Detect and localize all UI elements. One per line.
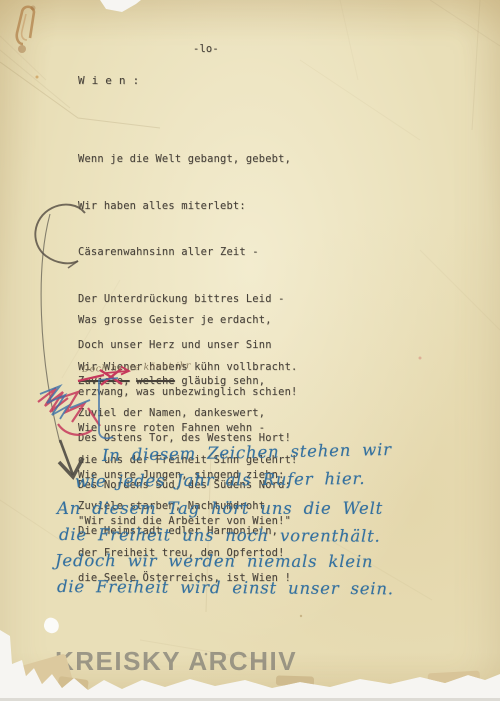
torn-paper-flap (15, 653, 73, 694)
handwritten-line: die Freiheit uns noch vorenthält. (59, 525, 381, 546)
handwritten-line: wie jedes Jahr als Rufer hier. (75, 469, 366, 491)
poem-line: Wir haben alles miterlebt: (78, 199, 298, 215)
line-tail: gläubig sehn, (181, 375, 265, 387)
tear-hole (42, 616, 61, 635)
handwritten-line: An diesem Tag hört uns die Welt (57, 499, 383, 518)
poem-line: Wie unsre roten Fahnen wehn - (78, 421, 291, 437)
insertion-arrow (41, 214, 83, 477)
scanned-document: -lo- W i e n : Wenn je die Welt gebangt,… (0, 0, 500, 701)
paperclip-rust-mark (17, 6, 36, 54)
poem-line: Was grosse Geister je erdacht, (78, 313, 298, 329)
tape-fragment (276, 675, 314, 686)
poem-line-struck: Zuviele, welche gläubig sehn, (78, 374, 265, 390)
poem-line: Cäsarenwahnsinn aller Zeit - (78, 245, 298, 261)
poem-line: Wenn je die Welt gebangt, gebebt, (78, 152, 298, 168)
tape-fragment (428, 671, 481, 689)
torn-paper-flap (57, 676, 89, 694)
handwritten-line: Jedoch wir werden niemals klein (55, 551, 373, 571)
struck-word: Zuviele, (78, 375, 130, 387)
handwritten-line: die Freiheit wird einst unser sein. (57, 577, 394, 598)
archive-watermark: KREISKY ARCHIV (55, 646, 297, 677)
struck-word: welche (136, 375, 175, 387)
document-page: -lo- W i e n : Wenn je die Welt gebangt,… (0, 0, 500, 701)
page-title: W i e n : (78, 73, 139, 89)
page-number: -lo- (193, 42, 219, 58)
